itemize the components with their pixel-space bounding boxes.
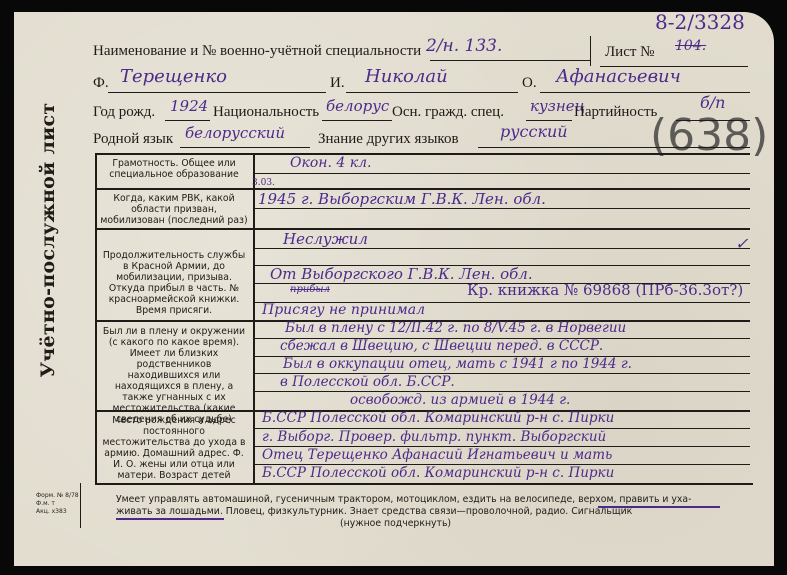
birth-year-line xyxy=(165,120,210,121)
form-number-line: Ф.м. т xyxy=(36,500,79,508)
civil-specialty-label: Осн. гражд. спец. xyxy=(392,104,504,121)
nationality-label: Национальность xyxy=(213,104,319,121)
answer-rule xyxy=(253,208,750,209)
check-mark: ✓ xyxy=(735,234,748,253)
captivity-label: Был ли в плену и окружении (с какого по … xyxy=(100,326,248,425)
specialty-label: Наименование и № военно-учётной специаль… xyxy=(93,43,421,60)
birth-year-label: Год рожд. xyxy=(93,104,155,121)
education-label: Грамотность. Общее или специальное образ… xyxy=(100,158,248,180)
specialty-value: 2/н. 133. xyxy=(426,36,502,56)
skills-underline-horse-2 xyxy=(116,518,224,520)
firstname-label: И. xyxy=(330,75,345,92)
form-number-line: Форм. № 8/78 xyxy=(36,492,79,500)
header-divider xyxy=(590,36,591,66)
party-label: Партийность xyxy=(574,104,657,121)
party-line xyxy=(676,120,750,121)
surname-value: Терещенко xyxy=(120,66,227,87)
table-bottom-border xyxy=(95,483,753,485)
answer-rule xyxy=(253,173,750,174)
specialty-line xyxy=(430,60,590,61)
service-duration-label: Продолжительность службы в Красной Армии… xyxy=(100,250,248,316)
education-value: Окон. 4 кл. xyxy=(290,155,371,171)
service-line-1: Неслужил xyxy=(283,230,368,248)
captivity-line-5: освобожд. из армией в 1944 г. xyxy=(350,392,570,408)
nationality-line xyxy=(322,120,392,121)
skills-underline-horse xyxy=(598,506,720,508)
footer-left-border xyxy=(80,483,81,528)
captivity-line-1: Был в плену с 12/II.42 г. по 8/V.45 г. в… xyxy=(285,320,626,336)
corner-annotation: 8-2/3328 xyxy=(655,10,745,34)
table-top-border xyxy=(95,153,750,155)
nationality-value: белорус xyxy=(326,97,389,115)
party-value: б/п xyxy=(700,93,725,112)
skills-line-1: Умеет управлять автомашиной, гусеничным … xyxy=(116,494,691,505)
other-languages-line xyxy=(478,147,750,148)
red-army-book-number: Кр. книжка № 69868 (ПРб-36.3от?) xyxy=(467,281,743,299)
birthplace-address-label: Место рождения и адрес постоянного место… xyxy=(100,415,248,481)
service-struck-word: прибыл xyxy=(290,284,330,295)
surname-label: Ф. xyxy=(93,75,109,92)
native-language-label: Родной язык xyxy=(93,131,173,148)
address-line-3: Отец Терещенко Афанасий Игнатьевич и мат… xyxy=(262,447,612,463)
conscription-value: 1945 г. Выборгским Г.В.К. Лен. обл. xyxy=(258,190,546,208)
other-languages-value: русский xyxy=(500,122,568,141)
conscription-label: Когда, каким РВК, какой области призван,… xyxy=(100,193,248,226)
captivity-line-4: в Полесской обл. Б.ССР. xyxy=(280,374,455,390)
form-number: Форм. № 8/78 Ф.м. т Акц. х383 xyxy=(36,492,79,516)
service-oath: Присягу не принимал xyxy=(262,302,425,318)
birth-year-value: 1924 xyxy=(170,97,208,115)
answer-rule xyxy=(253,248,750,249)
vertical-title-text: Учётно-послужной лист xyxy=(37,103,59,378)
patronymic-label: О. xyxy=(522,75,537,92)
other-languages-label: Знание других языков xyxy=(318,131,459,148)
section-divider xyxy=(95,228,750,230)
form-number-line: Акц. х383 xyxy=(36,508,79,516)
sheet-value: 104. xyxy=(675,38,706,54)
captivity-line-2: сбежал в Швецию, с Швеции перед. в СССР. xyxy=(280,338,603,354)
vertical-title: Учётно-послужной лист xyxy=(28,110,68,370)
captivity-line-3: Был в оккупации отец, мать с 1941 г по 1… xyxy=(283,356,632,372)
native-language-value: белорусский xyxy=(185,124,285,142)
native-language-line xyxy=(180,147,310,148)
table-left-border xyxy=(95,153,97,483)
sheet-label: Лист № xyxy=(605,44,654,61)
skills-line-3: (нужное подчеркнуть) xyxy=(340,518,451,529)
surname-line xyxy=(108,92,326,93)
civil-specialty-line xyxy=(526,120,572,121)
firstname-value: Николай xyxy=(365,66,448,87)
conscription-note: 3.03. xyxy=(252,178,275,188)
address-line-1: Б.ССР Полесской обл. Комаринский р-н с. … xyxy=(262,410,614,426)
patronymic-value: Афанасьевич xyxy=(556,66,681,87)
firstname-line xyxy=(346,92,518,93)
address-line-4: Б.ССР Полесской обл. Комаринский р-н с. … xyxy=(262,465,614,481)
address-line-2: г. Выборг. Провер. фильтр. пункт. Выборг… xyxy=(262,429,606,445)
table-column-divider xyxy=(253,153,255,483)
skills-line-2: живать за лошадьми. Пловец, физкультурни… xyxy=(116,506,632,517)
